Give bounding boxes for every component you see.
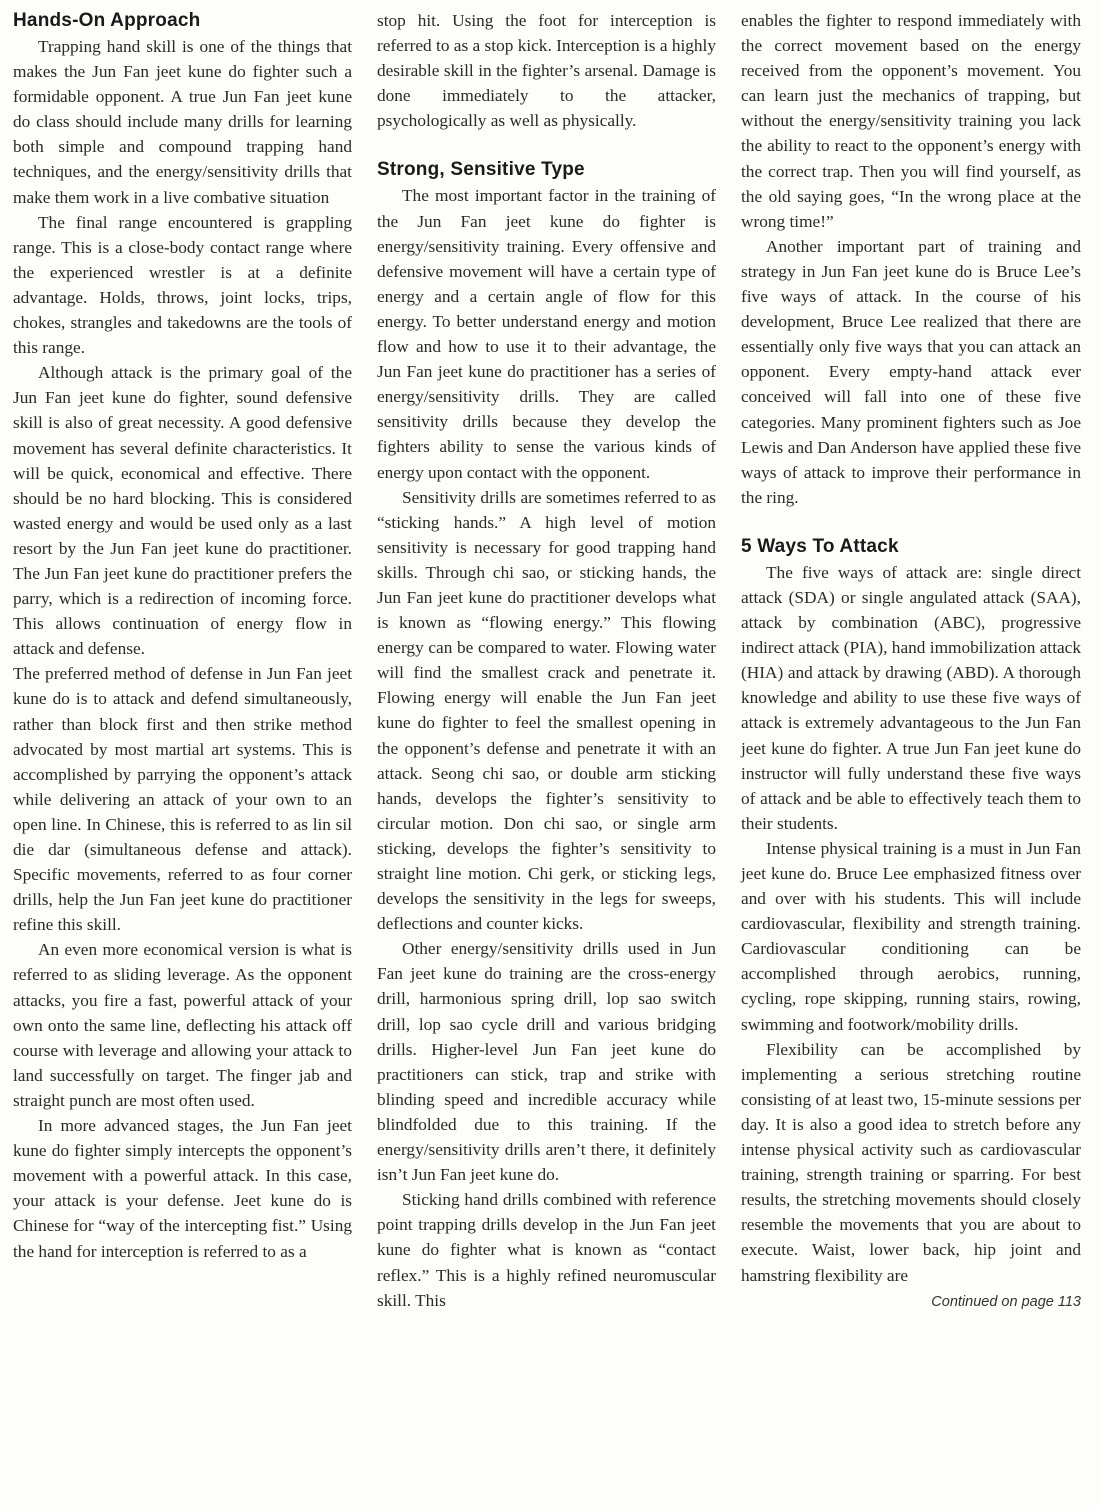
paragraph: Flexibility can be accomplished by imple… xyxy=(741,1037,1081,1288)
paragraph: Another important part of training and s… xyxy=(741,234,1081,510)
paragraph-continuation: enables the fighter to respond immediate… xyxy=(741,8,1081,234)
paragraph: The most important factor in the trainin… xyxy=(377,183,716,484)
paragraph: Intense physical training is a must in J… xyxy=(741,836,1081,1037)
paragraph: Trapping hand skill is one of the things… xyxy=(13,34,352,210)
paragraph: An even more economical version is what … xyxy=(13,937,352,1113)
article-column-3: enables the fighter to respond immediate… xyxy=(741,8,1081,1315)
article-column-1: Hands-On Approach Trapping hand skill is… xyxy=(13,8,352,1264)
paragraph: In more advanced stages, the Jun Fan jee… xyxy=(13,1113,352,1264)
section-heading-strong-sensitive-type: Strong, Sensitive Type xyxy=(377,157,716,183)
paragraph: Although attack is the primary goal of t… xyxy=(13,360,352,661)
paragraph: The five ways of attack are: single dire… xyxy=(741,560,1081,836)
paragraph: Sticking hand drills combined with refer… xyxy=(377,1187,716,1312)
paragraph-continuation: stop hit. Using the foot for interceptio… xyxy=(377,8,716,133)
article-column-2: stop hit. Using the foot for interceptio… xyxy=(377,8,716,1313)
continued-on-page-note: Continued on page 113 xyxy=(741,1290,1081,1315)
section-heading-hands-on-approach: Hands-On Approach xyxy=(13,8,352,34)
spacer xyxy=(377,133,716,157)
spacer xyxy=(741,510,1081,534)
paragraph: The preferred method of defense in Jun F… xyxy=(13,661,352,937)
paragraph: The final range encountered is grappling… xyxy=(13,210,352,361)
magazine-page: Hands-On Approach Trapping hand skill is… xyxy=(0,0,1098,1510)
paragraph: Other energy/sensitivity drills used in … xyxy=(377,936,716,1187)
section-heading-5-ways-to-attack: 5 Ways To Attack xyxy=(741,534,1081,560)
paragraph: Sensitivity drills are sometimes referre… xyxy=(377,485,716,937)
